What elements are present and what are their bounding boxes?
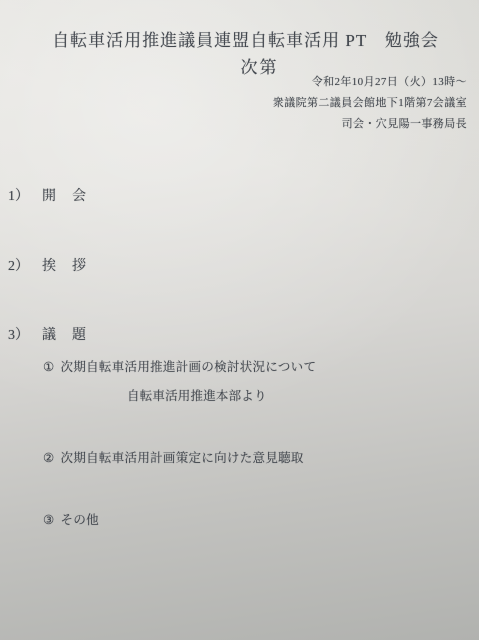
agenda-label: 挨 拶 — [42, 259, 87, 274]
topic-text: その他 — [61, 513, 99, 527]
agenda-item-opening: 1）開 会 — [8, 185, 87, 205]
agenda-label: 開 会 — [42, 189, 87, 204]
agenda-number: 3） — [8, 324, 29, 344]
topic-text: 次期自転車活用計画策定に向けた意見聴取 — [61, 451, 304, 465]
topic-1-note: 自転車活用推進本部より — [127, 386, 267, 404]
meeting-datetime: 令和2年10月27日（火）13時～ — [273, 72, 467, 93]
topic-item-2: ②次期自転車活用計画策定に向けた意見聴取 — [43, 448, 304, 466]
topic-item-1: ①次期自転車活用推進計画の検討状況について — [43, 357, 316, 375]
topic-item-3: ③その他 — [43, 510, 99, 528]
topic-number: ③ — [43, 513, 55, 527]
topic-number: ① — [43, 360, 55, 374]
meeting-moderator: 司会・穴見陽一事務局長 — [273, 114, 467, 135]
agenda-number: 2） — [8, 255, 29, 275]
agenda-item-topics: 3）議 題 — [8, 324, 87, 344]
document-title: 自転車活用推進議員連盟自転車活用 PT 勉強会 — [6, 26, 479, 51]
topic-number: ② — [43, 451, 55, 465]
agenda-label: 議 題 — [42, 328, 87, 343]
topic-text: 次期自転車活用推進計画の検討状況について — [61, 360, 317, 374]
document-page: 自転車活用推進議員連盟自転車活用 PT 勉強会 次第 令和2年10月27日（火）… — [0, 0, 479, 640]
agenda-item-greetings: 2）挨 拶 — [8, 255, 87, 275]
meeting-venue: 衆議院第二議員会館地下1階第7会議室 — [273, 93, 467, 114]
agenda-number: 1） — [8, 185, 29, 205]
meeting-meta: 令和2年10月27日（火）13時～ 衆議院第二議員会館地下1階第7会議室 司会・… — [273, 72, 467, 135]
